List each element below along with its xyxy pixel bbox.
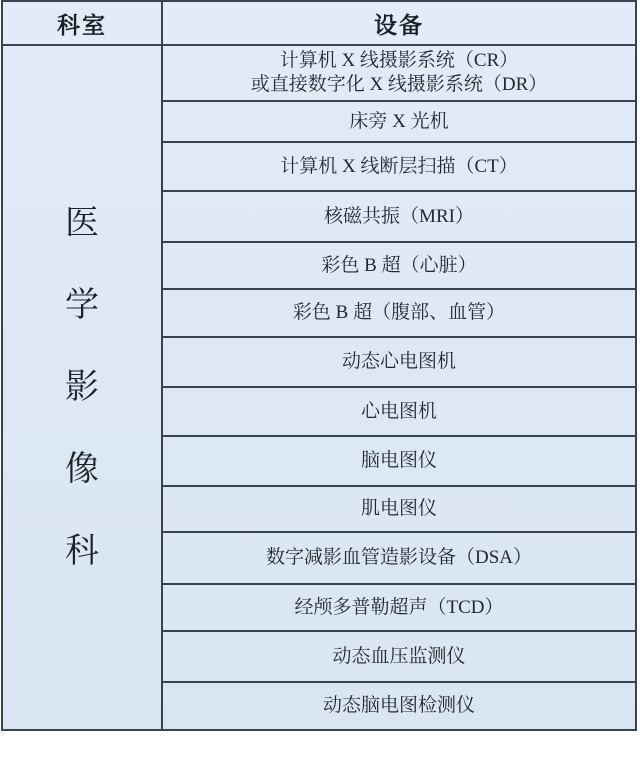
equipment-row: 经颅多普勒超声（TCD） xyxy=(163,585,635,632)
equipment-label: 计算机 X 线摄影系统（CR） xyxy=(280,49,519,73)
equipment-label: 床旁 X 光机 xyxy=(349,110,448,134)
equipment-label: 动态心电图机 xyxy=(342,350,456,374)
equipment-column: 计算机 X 线摄影系统（CR） 或直接数字化 X 线摄影系统（DR） 床旁 X … xyxy=(163,46,635,729)
header-equipment-label: 设备 xyxy=(374,7,424,40)
equipment-label: 彩色 B 超（腹部、血管） xyxy=(293,301,505,325)
header-department: 科室 xyxy=(3,2,163,44)
header-department-label: 科室 xyxy=(57,7,107,40)
equipment-row: 动态心电图机 xyxy=(163,338,635,388)
equipment-row: 床旁 X 光机 xyxy=(163,102,635,143)
equipment-label: 动态脑电图检测仪 xyxy=(323,694,475,718)
equipment-row: 计算机 X 线断层扫描（CT） xyxy=(163,143,635,192)
equipment-label: 肌电图仪 xyxy=(361,497,437,521)
equipment-row: 彩色 B 超（心脏） xyxy=(163,243,635,290)
department-char: 影 xyxy=(65,371,99,405)
table-body: 医 学 影 像 科 计算机 X 线摄影系统（CR） 或直接数字化 X 线摄影系统… xyxy=(3,46,635,729)
equipment-row: 动态脑电图检测仪 xyxy=(163,683,635,729)
equipment-row: 脑电图仪 xyxy=(163,437,635,487)
equipment-row: 核磁共振（MRI） xyxy=(163,192,635,243)
equipment-row: 数字减影血管造影设备（DSA） xyxy=(163,533,635,585)
equipment-label: 或直接数字化 X 线摄影系统（DR） xyxy=(251,73,548,97)
header-equipment: 设备 xyxy=(163,2,635,44)
department-char: 学 xyxy=(65,289,99,323)
equipment-label: 计算机 X 线断层扫描（CT） xyxy=(280,155,518,179)
equipment-row: 彩色 B 超（腹部、血管） xyxy=(163,290,635,338)
equipment-row: 肌电图仪 xyxy=(163,487,635,533)
equipment-row: 计算机 X 线摄影系统（CR） 或直接数字化 X 线摄影系统（DR） xyxy=(163,46,635,102)
equipment-label: 经颅多普勒超声（TCD） xyxy=(294,596,503,620)
equipment-row: 动态血压监测仪 xyxy=(163,632,635,683)
department-cell: 医 学 影 像 科 xyxy=(3,46,163,729)
department-char: 像 xyxy=(65,453,99,487)
equipment-label: 彩色 B 超（心脏） xyxy=(321,254,476,278)
equipment-label: 心电图机 xyxy=(361,400,437,424)
table-header-row: 科室 设备 xyxy=(3,2,635,46)
equipment-label: 数字减影血管造影设备（DSA） xyxy=(266,546,532,570)
equipment-label: 核磁共振（MRI） xyxy=(324,205,474,229)
department-char: 科 xyxy=(65,535,99,569)
equipment-row: 心电图机 xyxy=(163,388,635,437)
equipment-label: 脑电图仪 xyxy=(361,449,437,473)
equipment-label: 动态血压监测仪 xyxy=(332,645,465,669)
page: 科室 设备 医 学 影 像 科 计算机 X 线摄影系统（CR） 或直接数字化 X… xyxy=(0,0,640,758)
equipment-table: 科室 设备 医 学 影 像 科 计算机 X 线摄影系统（CR） 或直接数字化 X… xyxy=(1,0,637,731)
department-char: 医 xyxy=(65,207,99,241)
